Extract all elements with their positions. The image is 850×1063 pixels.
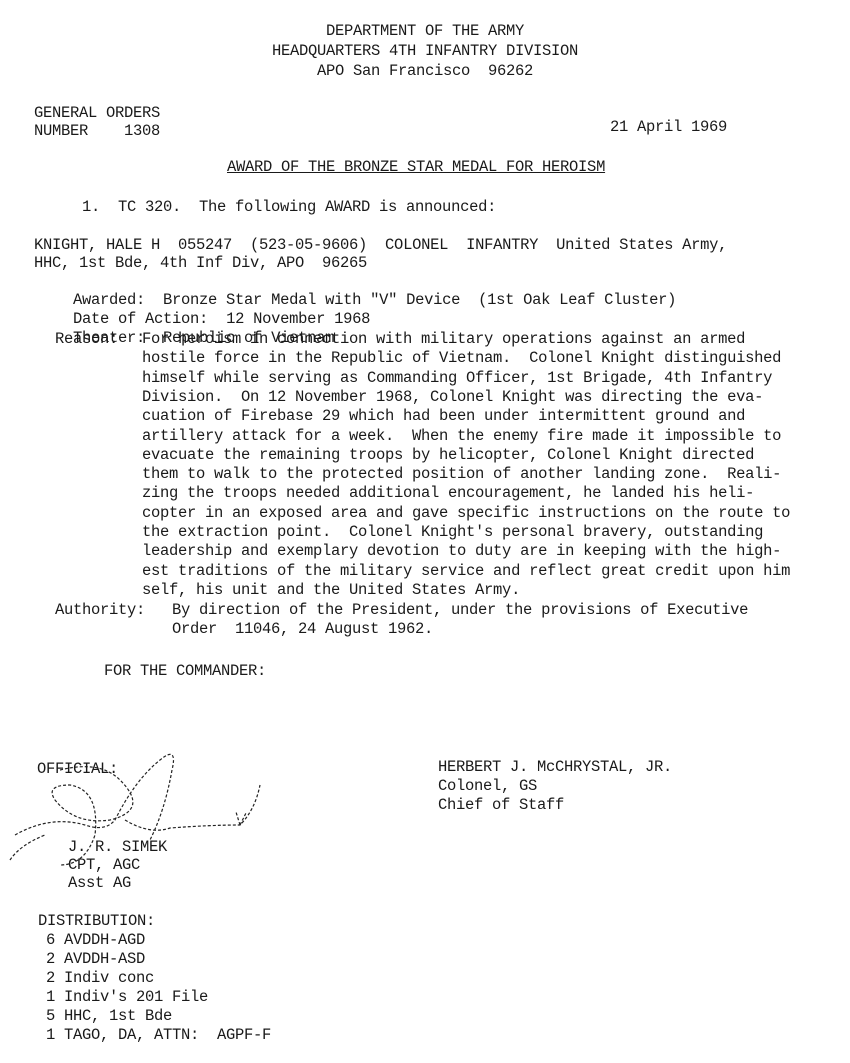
official-rank: CPT, AGC xyxy=(68,856,140,874)
reason-line: leadership and exemplary devotion to dut… xyxy=(142,542,781,560)
distribution-item: 2 Indiv conc xyxy=(46,969,154,987)
reason-line: himself while serving as Commanding Offi… xyxy=(142,369,772,387)
distribution-item: 1 Indiv's 201 File xyxy=(46,988,208,1006)
official-label: OFFICIAL: xyxy=(37,760,118,778)
official-title: Asst AG xyxy=(68,874,131,892)
reason-line: hostile force in the Republic of Vietnam… xyxy=(142,349,781,367)
distribution-label: DISTRIBUTION: xyxy=(38,912,155,930)
for-the-commander: FOR THE COMMANDER: xyxy=(104,662,266,680)
reason-line: self, his unit and the United States Arm… xyxy=(142,581,520,599)
recipient-line-2: HHC, 1st Bde, 4th Inf Div, APO 96265 xyxy=(34,254,367,272)
order-date: 21 April 1969 xyxy=(610,118,727,136)
reason-line: evacuate the remaining troops by helicop… xyxy=(142,446,754,464)
distribution-item: 5 HHC, 1st Bde xyxy=(46,1007,172,1025)
reason-line: cuation of Firebase 29 which had been un… xyxy=(142,407,745,425)
paragraph-announcement: 1. TC 320. The following AWARD is announ… xyxy=(82,198,496,216)
signatory-rank: Colonel, GS xyxy=(438,777,537,795)
letterhead-headquarters: HEADQUARTERS 4TH INFANTRY DIVISION xyxy=(0,42,850,60)
signatory-name: HERBERT J. McCHRYSTAL, JR. xyxy=(438,758,672,776)
reason-line: Division. On 12 November 1968, Colonel K… xyxy=(142,388,763,406)
authority-line-2: Order 11046, 24 August 1962. xyxy=(172,620,433,638)
authority-line-1: By direction of the President, under the… xyxy=(172,601,748,619)
official-name: J. R. SIMEK xyxy=(68,838,167,856)
recipient-line-1: KNIGHT, HALE H 055247 (523-05-9606) COLO… xyxy=(34,236,727,254)
general-orders-label: GENERAL ORDERS xyxy=(34,104,160,122)
letterhead-address: APO San Francisco 96262 xyxy=(0,62,850,80)
order-number: NUMBER 1308 xyxy=(34,122,160,140)
reason-line: For heroism in connection with military … xyxy=(142,330,745,348)
authority-label: Authority: xyxy=(55,601,145,619)
reason-line: artillery attack for a week. When the en… xyxy=(142,427,781,445)
reason-line: the extraction point. Colonel Knight's p… xyxy=(142,523,763,541)
reason-line: zing the troops needed additional encour… xyxy=(142,484,754,502)
reason-label: Reason: xyxy=(55,330,118,348)
reason-line: est traditions of the military service a… xyxy=(142,562,790,580)
signatory-title: Chief of Staff xyxy=(438,796,564,814)
document-title: AWARD OF THE BRONZE STAR MEDAL FOR HEROI… xyxy=(227,158,605,176)
distribution-item: 6 AVDDH-AGD xyxy=(46,931,145,949)
letterhead-department: DEPARTMENT OF THE ARMY xyxy=(0,22,850,40)
distribution-item: 1 TAGO, DA, ATTN: AGPF-F xyxy=(46,1026,271,1044)
reason-line: copter in an exposed area and gave speci… xyxy=(142,504,790,522)
reason-line: them to walk to the protected position o… xyxy=(142,465,781,483)
distribution-item: 2 AVDDH-ASD xyxy=(46,950,145,968)
